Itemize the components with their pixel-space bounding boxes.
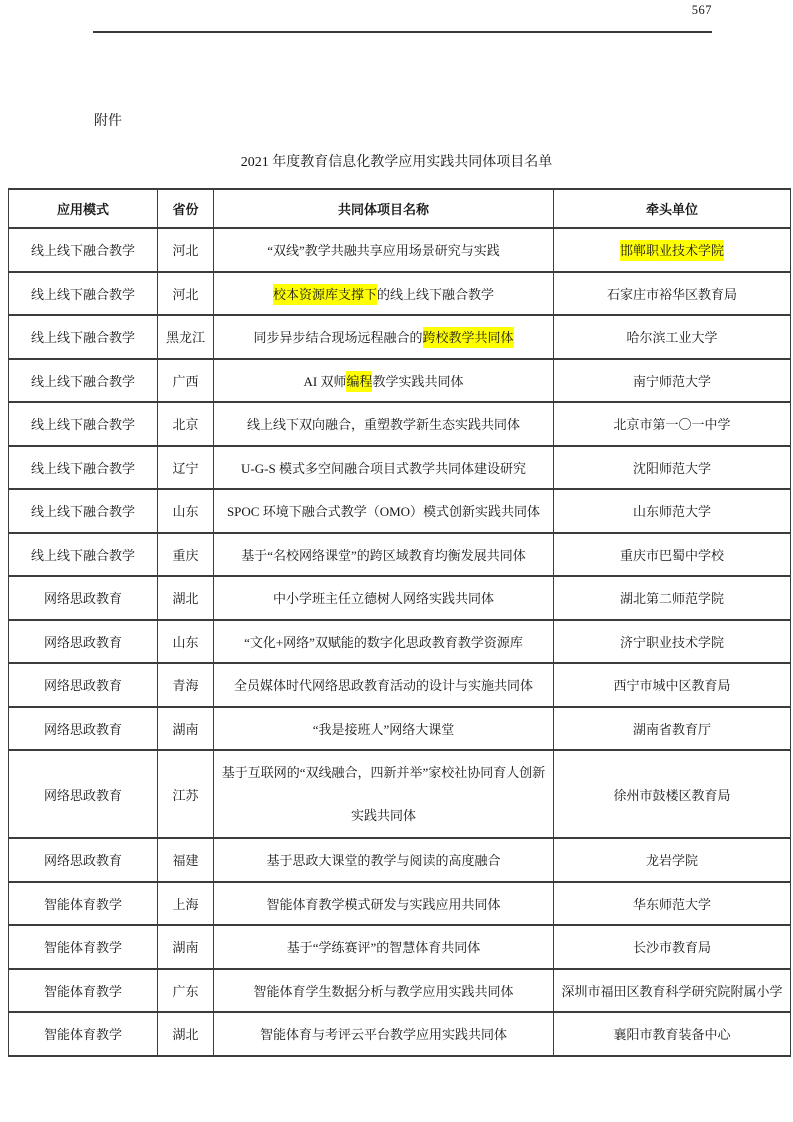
- cell-lead: 南宁师范大学: [554, 359, 791, 403]
- cell-project: 校本资源库支撑下的线上线下融合教学: [214, 272, 554, 316]
- cell-project: 智能体育与考评云平台教学应用实践共同体: [214, 1012, 554, 1056]
- project-text: 基于“学练赛评”的智慧体育共同体: [287, 940, 481, 955]
- page-number: 567: [640, 3, 712, 18]
- cell-project: 智能体育学生数据分析与教学应用实践共同体: [214, 969, 554, 1013]
- project-text: 智能体育与考评云平台教学应用实践共同体: [260, 1027, 507, 1042]
- cell-lead: 深圳市福田区教育科学研究院附属小学: [554, 969, 791, 1013]
- project-text: “双线”教学共融共享应用场景研究与实践: [267, 243, 500, 258]
- project-text-after: 的线上线下融合教学: [377, 287, 494, 302]
- lead-text: 北京市第一〇一中学: [613, 417, 730, 432]
- project-text: 智能体育学生数据分析与教学应用实践共同体: [253, 984, 513, 999]
- table-row: 智能体育教学 广东 智能体育学生数据分析与教学应用实践共同体 深圳市福田区教育科…: [9, 969, 791, 1013]
- cell-project: 线上线下双向融合，重塑教学新生态实践共同体: [214, 402, 554, 446]
- cell-mode: 网络思政教育: [9, 750, 158, 838]
- cell-lead: 沈阳师范大学: [554, 446, 791, 490]
- project-text: U-G-S 模式多空间融合项目式教学共同体建设研究: [241, 461, 526, 476]
- cell-mode: 智能体育教学: [9, 969, 158, 1013]
- cell-mode: 线上线下融合教学: [9, 272, 158, 316]
- table-row: 线上线下融合教学 河北 “双线”教学共融共享应用场景研究与实践 邯郸职业技术学院: [9, 228, 791, 272]
- lead-text: 哈尔滨工业大学: [626, 330, 717, 345]
- project-text: “文化+网络”双赋能的数字化思政教育教学资源库: [244, 635, 523, 650]
- lead-text: 长沙市教育局: [633, 940, 711, 955]
- cell-province: 上海: [158, 882, 214, 926]
- table-row: 智能体育教学 湖北 智能体育与考评云平台教学应用实践共同体 襄阳市教育装备中心: [9, 1012, 791, 1056]
- cell-project: “文化+网络”双赋能的数字化思政教育教学资源库: [214, 620, 554, 664]
- table-row: 网络思政教育 山东 “文化+网络”双赋能的数字化思政教育教学资源库 济宁职业技术…: [9, 620, 791, 664]
- lead-text: 济宁职业技术学院: [620, 635, 724, 650]
- cell-province: 湖北: [158, 1012, 214, 1056]
- cell-mode: 线上线下融合教学: [9, 446, 158, 490]
- cell-lead: 华东师范大学: [554, 882, 791, 926]
- lead-text: 沈阳师范大学: [633, 461, 711, 476]
- project-text: 智能体育教学模式研发与实践应用共同体: [266, 897, 500, 912]
- lead-text: 湖北第二师范学院: [620, 591, 724, 606]
- cell-mode: 智能体育教学: [9, 882, 158, 926]
- cell-project: 基于互联网的“双线融合，四新并举”家校社协同育人创新实践共同体: [214, 750, 554, 838]
- cell-project: 智能体育教学模式研发与实践应用共同体: [214, 882, 554, 926]
- cell-mode: 线上线下融合教学: [9, 489, 158, 533]
- table-header-row: 应用模式 省份 共同体项目名称 牵头单位: [9, 189, 791, 228]
- table-row: 线上线下融合教学 广西 AI 双师编程教学实践共同体 南宁师范大学: [9, 359, 791, 403]
- project-text: AI 双师: [304, 374, 347, 389]
- lead-highlight: 邯郸职业技术学院: [620, 240, 724, 261]
- lead-text: 深圳市福田区教育科学研究院附属小学: [561, 984, 782, 999]
- cell-mode: 网络思政教育: [9, 576, 158, 620]
- cell-province: 重庆: [158, 533, 214, 577]
- cell-mode: 网络思政教育: [9, 663, 158, 707]
- cell-project: “我是接班人”网络大课堂: [214, 707, 554, 751]
- cell-lead: 徐州市鼓楼区教育局: [554, 750, 791, 838]
- table-row: 线上线下融合教学 辽宁 U-G-S 模式多空间融合项目式教学共同体建设研究 沈阳…: [9, 446, 791, 490]
- header-lead-unit: 牵头单位: [554, 189, 791, 228]
- lead-text: 重庆市巴蜀中学校: [620, 548, 724, 563]
- cell-province: 青海: [158, 663, 214, 707]
- project-text: 基于思政大课堂的教学与阅读的高度融合: [266, 853, 500, 868]
- cell-province: 辽宁: [158, 446, 214, 490]
- attachment-label: 附件: [94, 110, 122, 130]
- project-text: 全员媒体时代网络思政教育活动的设计与实施共同体: [234, 678, 533, 693]
- cell-lead: 湖南省教育厅: [554, 707, 791, 751]
- cell-province: 湖北: [158, 576, 214, 620]
- document-page: 567 附件 2021 年度教育信息化教学应用实践共同体项目名单 应用模式 省份…: [0, 0, 793, 1122]
- table-row: 网络思政教育 湖南 “我是接班人”网络大课堂 湖南省教育厅: [9, 707, 791, 751]
- cell-lead: 襄阳市教育装备中心: [554, 1012, 791, 1056]
- lead-text: 徐州市鼓楼区教育局: [613, 788, 730, 803]
- cell-lead: 山东师范大学: [554, 489, 791, 533]
- lead-text: 南宁师范大学: [633, 374, 711, 389]
- project-text: 基于“名校网络课堂”的跨区域教育均衡发展共同体: [241, 548, 526, 563]
- cell-province: 北京: [158, 402, 214, 446]
- cell-province: 广东: [158, 969, 214, 1013]
- cell-province: 江苏: [158, 750, 214, 838]
- header-province: 省份: [158, 189, 214, 228]
- cell-province: 山东: [158, 620, 214, 664]
- cell-project: 中小学班主任立德树人网络实践共同体: [214, 576, 554, 620]
- table-row: 网络思政教育 青海 全员媒体时代网络思政教育活动的设计与实施共同体 西宁市城中区…: [9, 663, 791, 707]
- lead-text: 龙岩学院: [646, 853, 698, 868]
- cell-mode: 智能体育教学: [9, 925, 158, 969]
- cell-lead: 长沙市教育局: [554, 925, 791, 969]
- cell-province: 河北: [158, 272, 214, 316]
- table-row: 网络思政教育 湖北 中小学班主任立德树人网络实践共同体 湖北第二师范学院: [9, 576, 791, 620]
- cell-lead: 重庆市巴蜀中学校: [554, 533, 791, 577]
- cell-province: 湖南: [158, 925, 214, 969]
- project-highlight: 跨校教学共同体: [423, 327, 514, 348]
- project-text: 中小学班主任立德树人网络实践共同体: [273, 591, 494, 606]
- lead-text: 华东师范大学: [633, 897, 711, 912]
- cell-mode: 线上线下融合教学: [9, 315, 158, 359]
- cell-project: 基于思政大课堂的教学与阅读的高度融合: [214, 838, 554, 882]
- table-row: 智能体育教学 湖南 基于“学练赛评”的智慧体育共同体 长沙市教育局: [9, 925, 791, 969]
- lead-text: 襄阳市教育装备中心: [613, 1027, 730, 1042]
- project-text: 基于互联网的“双线融合，四新并举”家校社协同育人创新实践共同体: [222, 765, 546, 823]
- cell-lead: 济宁职业技术学院: [554, 620, 791, 664]
- cell-mode: 智能体育教学: [9, 1012, 158, 1056]
- project-text: “我是接班人”网络大课堂: [313, 722, 455, 737]
- table-row: 线上线下融合教学 黑龙江 同步异步结合现场远程融合的跨校教学共同体 哈尔滨工业大…: [9, 315, 791, 359]
- lead-text: 山东师范大学: [633, 504, 711, 519]
- cell-lead: 北京市第一〇一中学: [554, 402, 791, 446]
- cell-project: SPOC 环境下融合式教学（OMO）模式创新实践共同体: [214, 489, 554, 533]
- lead-text: 石家庄市裕华区教育局: [607, 287, 737, 302]
- cell-province: 福建: [158, 838, 214, 882]
- cell-province: 广西: [158, 359, 214, 403]
- cell-project: 同步异步结合现场远程融合的跨校教学共同体: [214, 315, 554, 359]
- cell-project: AI 双师编程教学实践共同体: [214, 359, 554, 403]
- cell-lead: 湖北第二师范学院: [554, 576, 791, 620]
- cell-mode: 网络思政教育: [9, 620, 158, 664]
- page-title: 2021 年度教育信息化教学应用实践共同体项目名单: [0, 151, 793, 171]
- cell-mode: 线上线下融合教学: [9, 402, 158, 446]
- header-project-name: 共同体项目名称: [214, 189, 554, 228]
- cell-project: 基于“名校网络课堂”的跨区域教育均衡发展共同体: [214, 533, 554, 577]
- cell-province: 湖南: [158, 707, 214, 751]
- table-row: 网络思政教育 江苏 基于互联网的“双线融合，四新并举”家校社协同育人创新实践共同…: [9, 750, 791, 838]
- header-rule: [93, 31, 712, 33]
- project-highlight: 校本资源库支撑下: [273, 284, 377, 305]
- project-highlight: 编程: [346, 371, 372, 392]
- cell-province: 河北: [158, 228, 214, 272]
- cell-lead: 石家庄市裕华区教育局: [554, 272, 791, 316]
- table-row: 线上线下融合教学 北京 线上线下双向融合，重塑教学新生态实践共同体 北京市第一〇…: [9, 402, 791, 446]
- cell-province: 黑龙江: [158, 315, 214, 359]
- cell-province: 山东: [158, 489, 214, 533]
- cell-mode: 线上线下融合教学: [9, 228, 158, 272]
- cell-mode: 线上线下融合教学: [9, 359, 158, 403]
- cell-project: U-G-S 模式多空间融合项目式教学共同体建设研究: [214, 446, 554, 490]
- cell-project: “双线”教学共融共享应用场景研究与实践: [214, 228, 554, 272]
- cell-lead: 龙岩学院: [554, 838, 791, 882]
- cell-project: 基于“学练赛评”的智慧体育共同体: [214, 925, 554, 969]
- lead-text: 西宁市城中区教育局: [613, 678, 730, 693]
- cell-mode: 线上线下融合教学: [9, 533, 158, 577]
- cell-lead: 邯郸职业技术学院: [554, 228, 791, 272]
- table-row: 线上线下融合教学 重庆 基于“名校网络课堂”的跨区域教育均衡发展共同体 重庆市巴…: [9, 533, 791, 577]
- cell-mode: 网络思政教育: [9, 838, 158, 882]
- project-table: 应用模式 省份 共同体项目名称 牵头单位 线上线下融合教学 河北 “双线”教学共…: [8, 188, 791, 1057]
- table-row: 线上线下融合教学 山东 SPOC 环境下融合式教学（OMO）模式创新实践共同体 …: [9, 489, 791, 533]
- table-row: 网络思政教育 福建 基于思政大课堂的教学与阅读的高度融合 龙岩学院: [9, 838, 791, 882]
- cell-project: 全员媒体时代网络思政教育活动的设计与实施共同体: [214, 663, 554, 707]
- cell-mode: 网络思政教育: [9, 707, 158, 751]
- cell-lead: 哈尔滨工业大学: [554, 315, 791, 359]
- table-row: 线上线下融合教学 河北 校本资源库支撑下的线上线下融合教学 石家庄市裕华区教育局: [9, 272, 791, 316]
- project-text-after: 教学实践共同体: [372, 374, 463, 389]
- table-row: 智能体育教学 上海 智能体育教学模式研发与实践应用共同体 华东师范大学: [9, 882, 791, 926]
- project-text: 同步异步结合现场远程融合的: [253, 330, 422, 345]
- cell-lead: 西宁市城中区教育局: [554, 663, 791, 707]
- project-text: 线上线下双向融合，重塑教学新生态实践共同体: [247, 417, 520, 432]
- header-mode: 应用模式: [9, 189, 158, 228]
- project-text: SPOC 环境下融合式教学（OMO）模式创新实践共同体: [227, 504, 540, 519]
- lead-text: 湖南省教育厅: [633, 722, 711, 737]
